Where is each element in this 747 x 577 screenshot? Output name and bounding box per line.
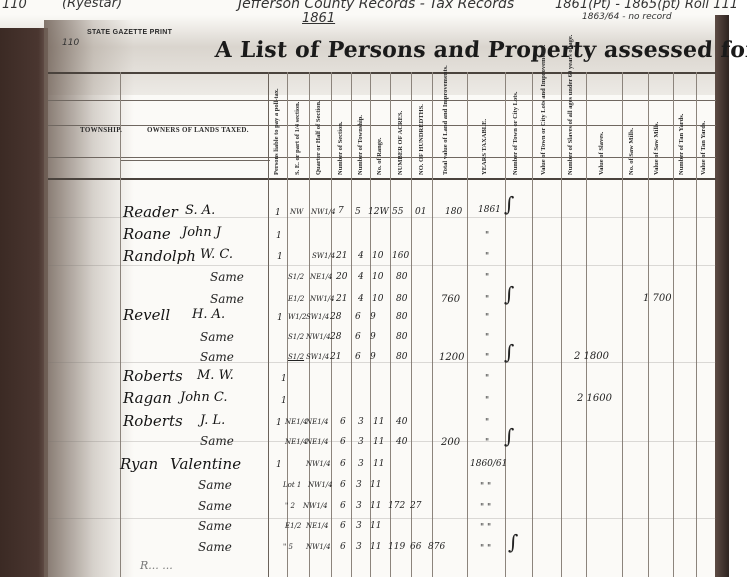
range: 11 (370, 501, 381, 511)
quarter: NW1/4 (306, 543, 331, 551)
header-rule-top (48, 72, 716, 74)
annotation-collection: Jefferson County Records - Tax Records (238, 0, 514, 12)
poll-tax: 1 (275, 208, 281, 218)
range: 11 (373, 459, 384, 469)
owner-surname: Roberts (123, 367, 183, 385)
annotation-note: (Ryestar) (62, 0, 122, 11)
acres: 40 (396, 437, 407, 447)
range: 9 (370, 332, 376, 342)
poll-tax: 1 (277, 252, 283, 262)
owner-given: Same (198, 499, 232, 513)
quarter: NE1/4 (306, 418, 329, 426)
quarter: SW1/4 (306, 313, 329, 321)
poll-tax: 1 (281, 374, 287, 384)
owner-given: J. L. (200, 413, 225, 428)
owner-given: W. C. (200, 247, 233, 262)
quarter: NE1/4 (306, 522, 329, 530)
owner-given: John C. (180, 390, 228, 405)
page-edge-right (715, 15, 729, 577)
section: 28 (330, 332, 341, 342)
range: 10 (372, 251, 383, 261)
owner-given: Same (200, 350, 234, 364)
margin-page-number: 110 (62, 38, 79, 48)
header-underline (120, 160, 270, 161)
check-mark-icon: ∫ (504, 192, 514, 216)
acres: 172 (388, 501, 405, 511)
annotation-roll: 1861(Pt) - 1865(pt) Roll 111 (555, 0, 738, 12)
col-header-quarter: Quarter or Half of Section. (315, 80, 322, 175)
poll-tax: 1 (276, 460, 282, 470)
township-no: 6 (355, 312, 361, 322)
total-value: 760 (441, 294, 460, 305)
section: 7 (338, 206, 344, 216)
section: 6 (340, 480, 346, 490)
owner-surname: Roberts (123, 412, 183, 430)
township-no: 4 (358, 251, 364, 261)
owner-surname: Roane (123, 225, 171, 243)
section: 20 (336, 272, 347, 282)
quarter: NW1/4 (308, 481, 333, 489)
years-taxable: " (485, 295, 489, 305)
col-header-range: No. of Range. (376, 80, 383, 175)
ledger-rule (48, 518, 716, 519)
section: 6 (340, 521, 346, 531)
cut-off-row: R... ... (140, 559, 173, 572)
col-divider (432, 72, 433, 577)
owner-given: H. A. (192, 307, 225, 322)
col-header-town-lots: Number of Town or City Lots. (512, 80, 519, 175)
township-no: 3 (356, 501, 362, 511)
col-header-owners: OWNERS OF LANDS TAXED. (147, 126, 249, 134)
check-mark-icon: ∫ (504, 282, 514, 306)
part-section: E1/2 (288, 295, 304, 303)
section: 28 (330, 312, 341, 322)
owner-surname: Ryan (120, 455, 158, 473)
col-divider (467, 72, 468, 577)
township-no: 5 (355, 207, 361, 217)
acres: 160 (392, 251, 409, 261)
part-section: S1/2 (288, 353, 304, 361)
col-divider (351, 72, 352, 577)
owner-given: M. W. (197, 368, 234, 383)
years-taxable: 1861 (478, 205, 501, 215)
range: 12W (368, 207, 389, 217)
col-header-years: YEARS TAXABLE. (481, 80, 488, 175)
section: 21 (330, 352, 341, 362)
section: 6 (340, 501, 346, 511)
years-taxable: " (485, 396, 489, 406)
hundredths: 27 (410, 501, 421, 511)
poll-tax: 1 (277, 313, 283, 323)
check-mark-icon: ∫ (508, 530, 518, 554)
township-no: 6 (355, 352, 361, 362)
years-taxable: " (485, 418, 489, 428)
printer-mark: STATE GAZETTE PRINT (87, 29, 172, 36)
township-no: 3 (358, 459, 364, 469)
saw-mill-value: 1 700 (643, 293, 672, 304)
acres: 55 (392, 207, 403, 217)
years-taxable: " (485, 333, 489, 343)
quarter: NW1/4 (303, 502, 328, 510)
owner-surname: Ragan (123, 389, 172, 407)
hundredths: 66 (410, 542, 421, 552)
col-header-saw-mills-value: Value of Saw Mills. (653, 80, 660, 175)
col-header-slaves: Number of Slaves of all ages under 60 ye… (567, 80, 574, 175)
col-divider (696, 72, 697, 577)
years-taxable: " " (480, 544, 491, 554)
township-no: 3 (358, 437, 364, 447)
range: 11 (373, 417, 384, 427)
years-taxable: " (485, 313, 489, 323)
quarter: NW1/4 (310, 295, 335, 303)
owner-given: Same (198, 540, 232, 554)
annotation-year: 1861 (302, 11, 335, 26)
owner-surname: Reader (123, 203, 178, 221)
years-taxable: 1860/61 (470, 459, 507, 469)
check-mark-icon: ∫ (504, 424, 514, 448)
owner-given: Same (198, 519, 232, 533)
part-section: W1/2 (288, 313, 306, 321)
years-taxable: " " (480, 523, 491, 533)
section: 6 (340, 417, 346, 427)
range: 9 (370, 312, 376, 322)
col-divider (561, 72, 562, 577)
part-section: S1/2 (288, 333, 304, 341)
owner-surname: Randolph (123, 247, 196, 265)
owner-given: John J (182, 225, 221, 240)
col-divider (648, 72, 649, 577)
township-no: 3 (356, 480, 362, 490)
township-no: 3 (356, 542, 362, 552)
township-no: 6 (355, 332, 361, 342)
quarter: SW1/4 (312, 252, 335, 260)
range: 11 (370, 542, 381, 552)
col-header-hundredths: NO. OF HUNDREDTHS. (418, 80, 425, 175)
part-section: " 5 (283, 543, 293, 551)
acres: 80 (396, 332, 407, 342)
col-header-tan-yards-value: Value of Tan Yards. (700, 80, 707, 175)
quarter: NE1/4 (310, 273, 333, 281)
poll-tax: 1 (276, 418, 282, 428)
part-section: NW (290, 208, 303, 216)
col-divider (505, 72, 506, 577)
years-taxable: " (485, 252, 489, 262)
total-value: 876 (428, 542, 445, 552)
owner-given: Same (200, 330, 234, 344)
col-divider (622, 72, 623, 577)
part-section: Lot 1 (283, 481, 301, 489)
col-divider (268, 72, 269, 577)
poll-tax: 1 (276, 231, 282, 241)
range: 10 (372, 294, 383, 304)
quarter: SW1/4 (306, 353, 329, 361)
col-header-poll-tax: Persons liable to pay a poll-tax. (273, 80, 280, 175)
range: 9 (370, 352, 376, 362)
acres: 80 (396, 294, 407, 304)
ledger-rule (48, 265, 716, 266)
acres: 40 (396, 417, 407, 427)
col-header-part-section: S. E. or part of 1/4 section. (294, 80, 301, 175)
section: 21 (336, 251, 347, 261)
poll-tax: 1 (281, 396, 287, 406)
years-taxable: " (485, 374, 489, 384)
col-header-section: Number of Section. (337, 80, 344, 175)
part-section: E1/2 (285, 522, 301, 530)
owner-given: Same (210, 292, 244, 306)
township-no: 3 (356, 521, 362, 531)
page-title: A List of Persons and Property assessed … (214, 37, 747, 63)
range: 11 (370, 521, 381, 531)
col-header-township-no: Number of Township. (357, 80, 364, 175)
years-taxable: " " (480, 503, 491, 513)
total-value: 200 (441, 437, 460, 448)
slaves-value: 2 1800 (574, 351, 609, 362)
section: 6 (340, 437, 346, 447)
township-no: 4 (358, 272, 364, 282)
annotation-page: 110 (2, 0, 27, 12)
part-section: NE1/4 (285, 438, 308, 446)
slaves-value: 2 1600 (577, 393, 612, 404)
part-section: NE1/4 (285, 418, 308, 426)
section: 6 (340, 459, 346, 469)
quarter: NW1/4 (306, 460, 331, 468)
quarter: NW1/4 (311, 208, 336, 216)
township-no: 3 (358, 417, 364, 427)
section: 6 (340, 542, 346, 552)
owner-given: Same (200, 434, 234, 448)
part-section: " 2 (285, 502, 295, 510)
owner-surname: Revell (123, 306, 170, 324)
owner-given: Same (198, 478, 232, 492)
acres: 80 (396, 272, 407, 282)
col-header-saw-mills: No. of Saw Mills. (628, 80, 635, 175)
years-taxable: " " (480, 482, 491, 492)
owner-given: S. A. (185, 203, 215, 218)
ledger-rule (48, 362, 716, 363)
col-header-slaves-value: Value of Slaves. (598, 80, 605, 175)
col-header-tan-yards: Number of Tan Yards. (678, 80, 685, 175)
book-binding (0, 28, 48, 577)
part-section: S1/2 (288, 273, 304, 281)
acres: 80 (396, 312, 407, 322)
col-header-acres: NUMBER OF ACRES. (397, 80, 404, 175)
check-mark-icon: ∫ (504, 340, 514, 364)
scan-margin (729, 0, 747, 577)
annotation-no-record: 1863/64 - no record (582, 12, 672, 22)
col-header-township: TOWNSHIP. (80, 126, 122, 134)
header-rule-bottom (48, 178, 716, 180)
years-taxable: " (485, 273, 489, 283)
tax-record-page: 110 (Ryestar) Jefferson County Records -… (0, 0, 747, 577)
acres: 80 (396, 352, 407, 362)
col-divider (586, 72, 587, 577)
township-no: 4 (358, 294, 364, 304)
col-divider (673, 72, 674, 577)
acres: 119 (388, 542, 405, 552)
years-taxable: " (485, 353, 489, 363)
range: 11 (373, 437, 384, 447)
hundredths: 01 (415, 207, 426, 217)
years-taxable: " (485, 438, 489, 448)
section: 21 (336, 294, 347, 304)
quarter: NE1/4 (306, 438, 329, 446)
total-value: 1200 (439, 352, 464, 363)
col-divider (532, 72, 533, 577)
quarter: NW1/4 (306, 333, 331, 341)
col-header-lots-value: Value of Town or City Lots and Improveme… (540, 80, 547, 175)
years-taxable: " (485, 231, 489, 241)
total-value: 180 (445, 207, 462, 217)
col-header-total-value: Total value of Land and Improvements. (442, 80, 449, 175)
range: 11 (370, 480, 381, 490)
col-divider (120, 72, 121, 577)
col-divider (331, 72, 332, 577)
owner-given: Same (210, 270, 244, 284)
range: 10 (372, 272, 383, 282)
owner-given: Valentine (170, 455, 241, 473)
